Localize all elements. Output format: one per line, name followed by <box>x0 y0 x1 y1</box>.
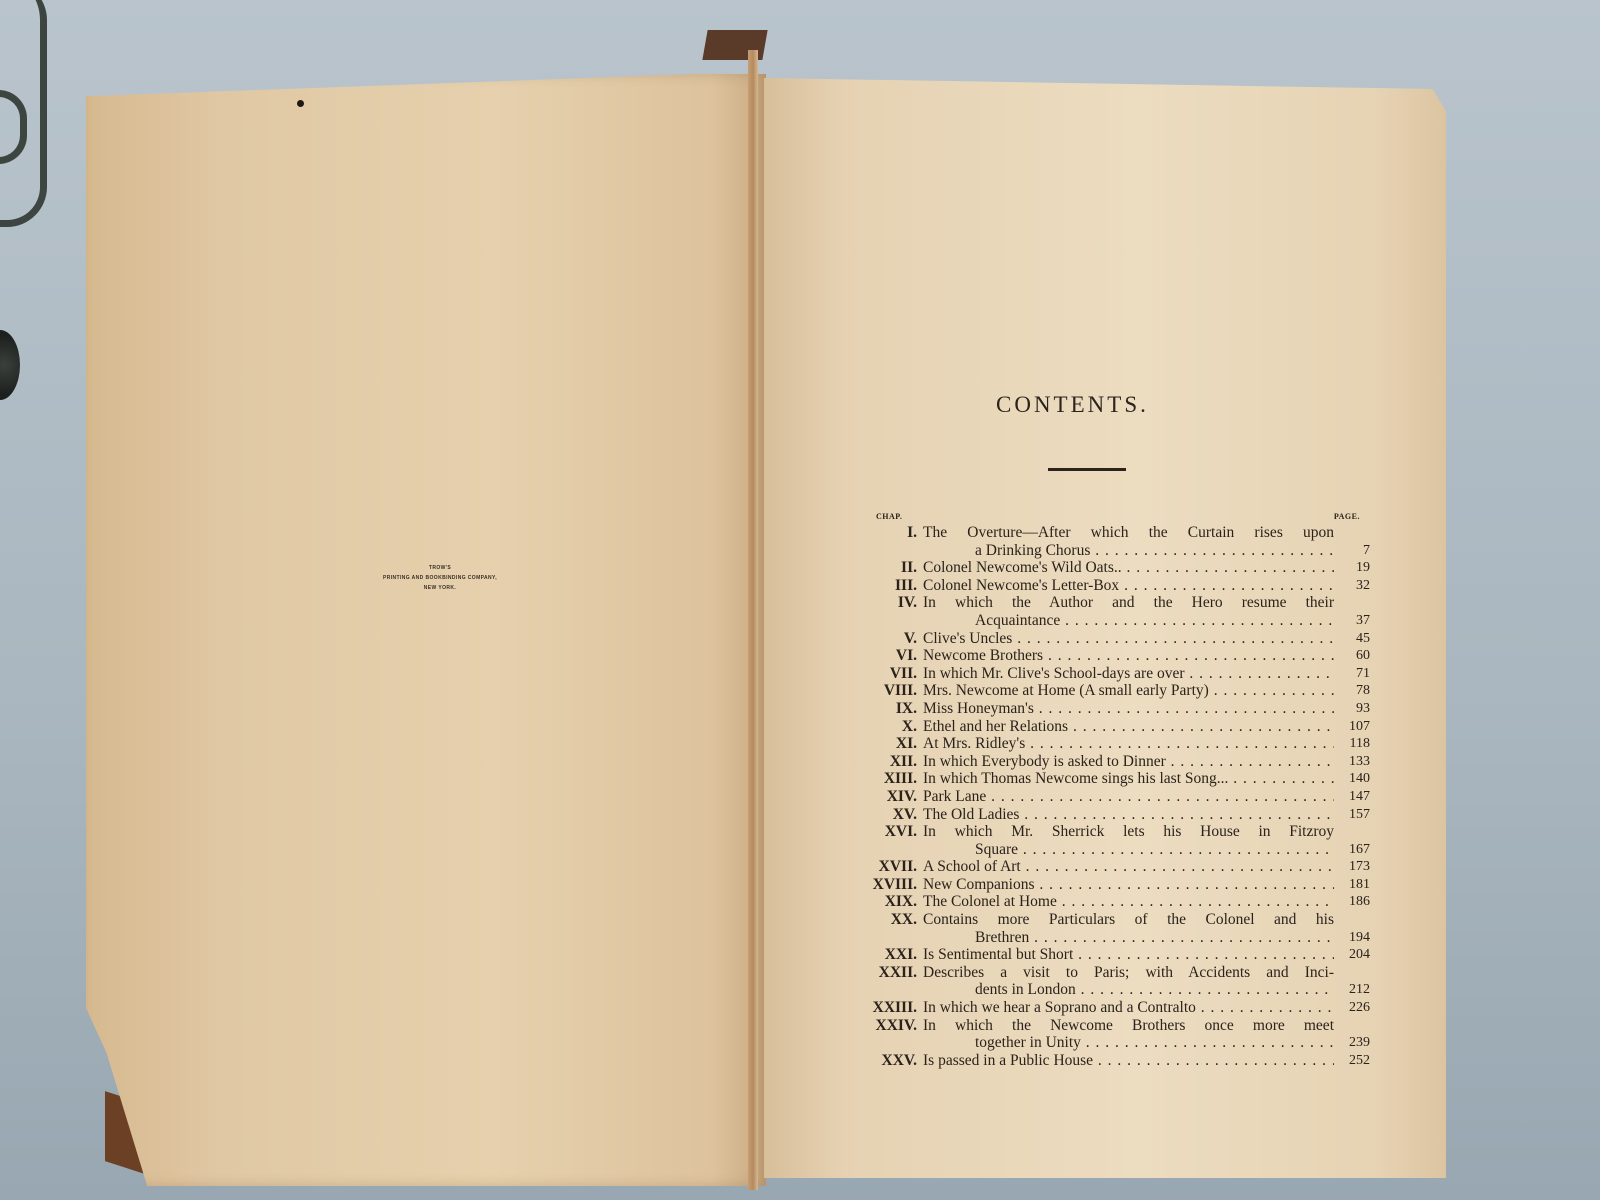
chapter-number: I. <box>850 524 923 542</box>
toc-entry-line: X.Ethel and her Relations107 <box>850 718 1370 736</box>
chapter-title: In which Everybody is asked to Dinner <box>923 753 1334 771</box>
toc-entry-line: VIII.Mrs. Newcome at Home (A small early… <box>850 682 1370 700</box>
knob-object <box>0 330 20 400</box>
page-number: 204 <box>1334 946 1370 964</box>
page-number: 32 <box>1334 577 1370 595</box>
chapter-number: XIII. <box>850 770 923 788</box>
chapter-title: In which Mr. Sherrick lets his House in … <box>923 823 1334 841</box>
chapter-number: III. <box>850 577 923 595</box>
imprint-line-2: PRINTING AND BOOKBINDING COMPANY, <box>330 573 550 583</box>
chapter-title: New Companions <box>923 876 1334 894</box>
paper-hole <box>297 100 304 107</box>
page-number: 186 <box>1334 893 1370 911</box>
title-rule-divider <box>1048 468 1126 471</box>
chapter-title: Square <box>923 841 1334 859</box>
chapter-title: In which we hear a Soprano and a Contral… <box>923 999 1334 1017</box>
toc-entry-line: IX.Miss Honeyman's93 <box>850 700 1370 718</box>
chapter-title: a Drinking Chorus <box>923 542 1334 560</box>
chapter-number: XXV. <box>850 1052 923 1070</box>
chapter-title: In which Mr. Clive's School-days are ove… <box>923 665 1334 683</box>
chapter-title: A School of Art <box>923 858 1334 876</box>
toc-header: CHAP. PAGE. <box>876 512 1360 524</box>
chapter-title: Acquaintance <box>923 612 1334 630</box>
chapter-number: V. <box>850 630 923 648</box>
toc-entry-line: XXV.Is passed in a Public House252 <box>850 1052 1370 1070</box>
chap-column-header: CHAP. <box>876 512 902 524</box>
chapter-number: VII. <box>850 665 923 683</box>
toc-entry-line: XX.Contains more Particulars of the Colo… <box>850 911 1370 929</box>
page-number: 19 <box>1334 559 1370 577</box>
chapter-title: In which the Author and the Hero resume … <box>923 594 1334 612</box>
page-column-header: PAGE. <box>1334 512 1360 524</box>
chapter-number: XXI. <box>850 946 923 964</box>
chapter-title: The Colonel at Home <box>923 893 1334 911</box>
page-number: 7 <box>1334 542 1370 560</box>
chapter-title: Clive's Uncles <box>923 630 1334 648</box>
toc-entry-line: Acquaintance37 <box>850 612 1370 630</box>
toc-entry-line: XVIII.New Companions181 <box>850 876 1370 894</box>
printer-imprint: TROW'S PRINTING AND BOOKBINDING COMPANY,… <box>330 563 550 593</box>
chapter-number: IX. <box>850 700 923 718</box>
toc-entry-line: XXII.Describes a visit to Paris; with Ac… <box>850 964 1370 982</box>
chapter-number: XVI. <box>850 823 923 841</box>
page-number: 157 <box>1334 806 1370 824</box>
toc-entry-line: XIX.The Colonel at Home186 <box>850 893 1370 911</box>
chapter-number: XX. <box>850 911 923 929</box>
chapter-title: Mrs. Newcome at Home (A small early Part… <box>923 682 1334 700</box>
page-number: 140 <box>1334 770 1370 788</box>
chapter-number: II. <box>850 559 923 577</box>
chapter-number: XXIV. <box>850 1017 923 1035</box>
chapter-number: XII. <box>850 753 923 771</box>
chapter-title: Park Lane <box>923 788 1334 806</box>
chapter-number: XXII. <box>850 964 923 982</box>
page-number: 78 <box>1334 682 1370 700</box>
page-number: 226 <box>1334 999 1370 1017</box>
toc-entry-line: XXIII.In which we hear a Soprano and a C… <box>850 999 1370 1017</box>
page-number: 147 <box>1334 788 1370 806</box>
toc-entry-line: XXI.Is Sentimental but Short204 <box>850 946 1370 964</box>
page-number: 252 <box>1334 1052 1370 1070</box>
toc-entry-line: XV.The Old Ladies157 <box>850 806 1370 824</box>
toc-entry-line: V.Clive's Uncles45 <box>850 630 1370 648</box>
chapter-number: XVII. <box>850 858 923 876</box>
imprint-line-3: NEW YORK. <box>330 583 550 593</box>
toc-entry-line: dents in London212 <box>850 981 1370 999</box>
chapter-title: The Overture—After which the Curtain ris… <box>923 524 1334 542</box>
chapter-number: IV. <box>850 594 923 612</box>
toc-entry-line: XVI.In which Mr. Sherrick lets his House… <box>850 823 1370 841</box>
toc-entry-line: III.Colonel Newcome's Letter-Box32 <box>850 577 1370 595</box>
chapter-number: XVIII. <box>850 876 923 894</box>
chapter-title: In which the Newcome Brothers once more … <box>923 1017 1334 1035</box>
toc-entry-line: VI.Newcome Brothers60 <box>850 647 1370 665</box>
page-number: 194 <box>1334 929 1370 947</box>
chapter-title: Is passed in a Public House <box>923 1052 1334 1070</box>
chapter-title: Miss Honeyman's <box>923 700 1334 718</box>
page-number: 167 <box>1334 841 1370 859</box>
toc-entry-line: XXIV.In which the Newcome Brothers once … <box>850 1017 1370 1035</box>
chapter-title: Describes a visit to Paris; with Acciden… <box>923 964 1334 982</box>
chapter-number: XIX. <box>850 893 923 911</box>
page-number: 133 <box>1334 753 1370 771</box>
table-of-contents: CHAP. PAGE. I.The Overture—After which t… <box>850 512 1370 1069</box>
chapter-number: X. <box>850 718 923 736</box>
toc-entry-line: XI.At Mrs. Ridley's118 <box>850 735 1370 753</box>
chapter-title: Is Sentimental but Short <box>923 946 1334 964</box>
page-number: 45 <box>1334 630 1370 648</box>
chapter-number: VI. <box>850 647 923 665</box>
page-number: 60 <box>1334 647 1370 665</box>
toc-entry-line: together in Unity239 <box>850 1034 1370 1052</box>
toc-entry-line: XIV.Park Lane147 <box>850 788 1370 806</box>
chapter-number: XV. <box>850 806 923 824</box>
toc-entry-line: Brethren194 <box>850 929 1370 947</box>
toc-entry-line: II.Colonel Newcome's Wild Oats..19 <box>850 559 1370 577</box>
page-number: 37 <box>1334 612 1370 630</box>
toc-entry-line: XII.In which Everybody is asked to Dinne… <box>850 753 1370 771</box>
toc-entry-line: XIII.In which Thomas Newcome sings his l… <box>850 770 1370 788</box>
chapter-number: XIV. <box>850 788 923 806</box>
chapter-title: Newcome Brothers <box>923 647 1334 665</box>
toc-entry-line: a Drinking Chorus7 <box>850 542 1370 560</box>
page-number: 107 <box>1334 718 1370 736</box>
page-number: 239 <box>1334 1034 1370 1052</box>
toc-entry-line: IV.In which the Author and the Hero resu… <box>850 594 1370 612</box>
chapter-title: Brethren <box>923 929 1334 947</box>
imprint-line-1: TROW'S <box>330 563 550 573</box>
chapter-title: At Mrs. Ridley's <box>923 735 1334 753</box>
page-number: 181 <box>1334 876 1370 894</box>
chapter-title: The Old Ladies <box>923 806 1334 824</box>
page-number: 212 <box>1334 981 1370 999</box>
page-title: CONTENTS. <box>996 392 1176 418</box>
toc-entry-line: I.The Overture—After which the Curtain r… <box>850 524 1370 542</box>
chapter-number: XI. <box>850 735 923 753</box>
toc-entry-line: XVII.A School of Art173 <box>850 858 1370 876</box>
book-spine <box>748 50 758 1190</box>
chapter-title: Contains more Particulars of the Colonel… <box>923 911 1334 929</box>
chapter-title: Colonel Newcome's Wild Oats.. <box>923 559 1334 577</box>
chapter-number: XXIII. <box>850 999 923 1017</box>
page-number: 118 <box>1334 735 1370 753</box>
chapter-title: Colonel Newcome's Letter-Box <box>923 577 1334 595</box>
left-page <box>86 74 766 1186</box>
chapter-title: together in Unity <box>923 1034 1334 1052</box>
toc-entry-line: Square167 <box>850 841 1370 859</box>
chapter-number: VIII. <box>850 682 923 700</box>
page-number: 93 <box>1334 700 1370 718</box>
page-number: 173 <box>1334 858 1370 876</box>
page-number: 71 <box>1334 665 1370 683</box>
toc-entry-line: VII.In which Mr. Clive's School-days are… <box>850 665 1370 683</box>
chapter-title: In which Thomas Newcome sings his last S… <box>923 770 1334 788</box>
chapter-title: dents in London <box>923 981 1334 999</box>
toc-rows: I.The Overture—After which the Curtain r… <box>850 524 1370 1069</box>
chapter-title: Ethel and her Relations <box>923 718 1334 736</box>
